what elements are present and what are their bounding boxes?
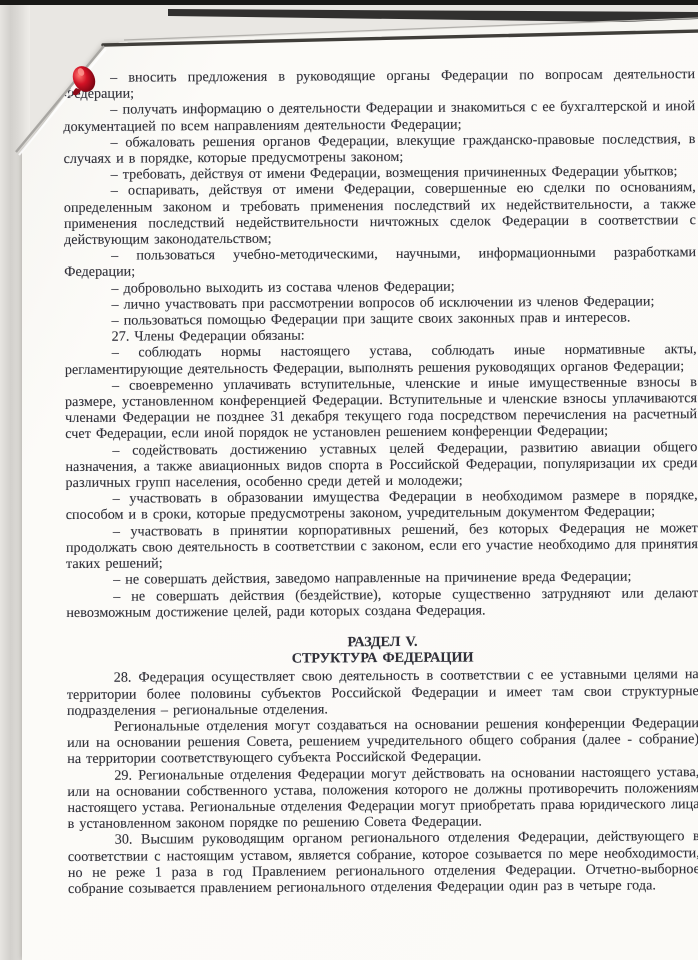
paragraph: 29. Региональные отделения Федерации мог… — [67, 764, 698, 833]
paragraph: – обжаловать решения органов Федерации, … — [63, 131, 695, 167]
paragraph: – участвовать в принятии корпоративных р… — [66, 520, 698, 572]
scanned-document-page: – вносить предложения в руководящие орга… — [0, 0, 698, 960]
paragraph: – получать информацию о деятельности Фед… — [63, 99, 695, 135]
paragraph: – соблюдать нормы настоящего устава, соб… — [65, 342, 697, 378]
paragraph: – не совершать действия (бездействие), к… — [66, 585, 698, 621]
paragraph: – содействовать достижению уставных целе… — [65, 439, 697, 491]
section-heading: СТРУКТУРА ФЕДЕРАЦИИ — [67, 648, 698, 668]
paragraph: – оспаривать, действуя от имени Федераци… — [64, 180, 696, 249]
paragraph: – пользоваться учебно-методическими, нау… — [64, 244, 696, 280]
document-text-block: – вносить предложения в руководящие орга… — [63, 66, 698, 897]
paragraph: – своевременно уплачивать вступительные,… — [65, 374, 697, 443]
paragraph: 28. Федерация осуществляет свою деятельн… — [67, 666, 698, 718]
scanner-top-shadow — [0, 0, 698, 5]
paragraph: – участвовать в образовании имущества Фе… — [66, 487, 698, 523]
page-shadow: – вносить предложения в руководящие орга… — [0, 0, 698, 960]
paragraph: 30. Высшим руководящим органом региональ… — [68, 828, 698, 897]
paragraph: – вносить предложения в руководящие орга… — [63, 66, 695, 102]
document-page: – вносить предложения в руководящие орга… — [0, 0, 698, 960]
paragraph: Региональные отделения могут создаваться… — [67, 715, 698, 767]
